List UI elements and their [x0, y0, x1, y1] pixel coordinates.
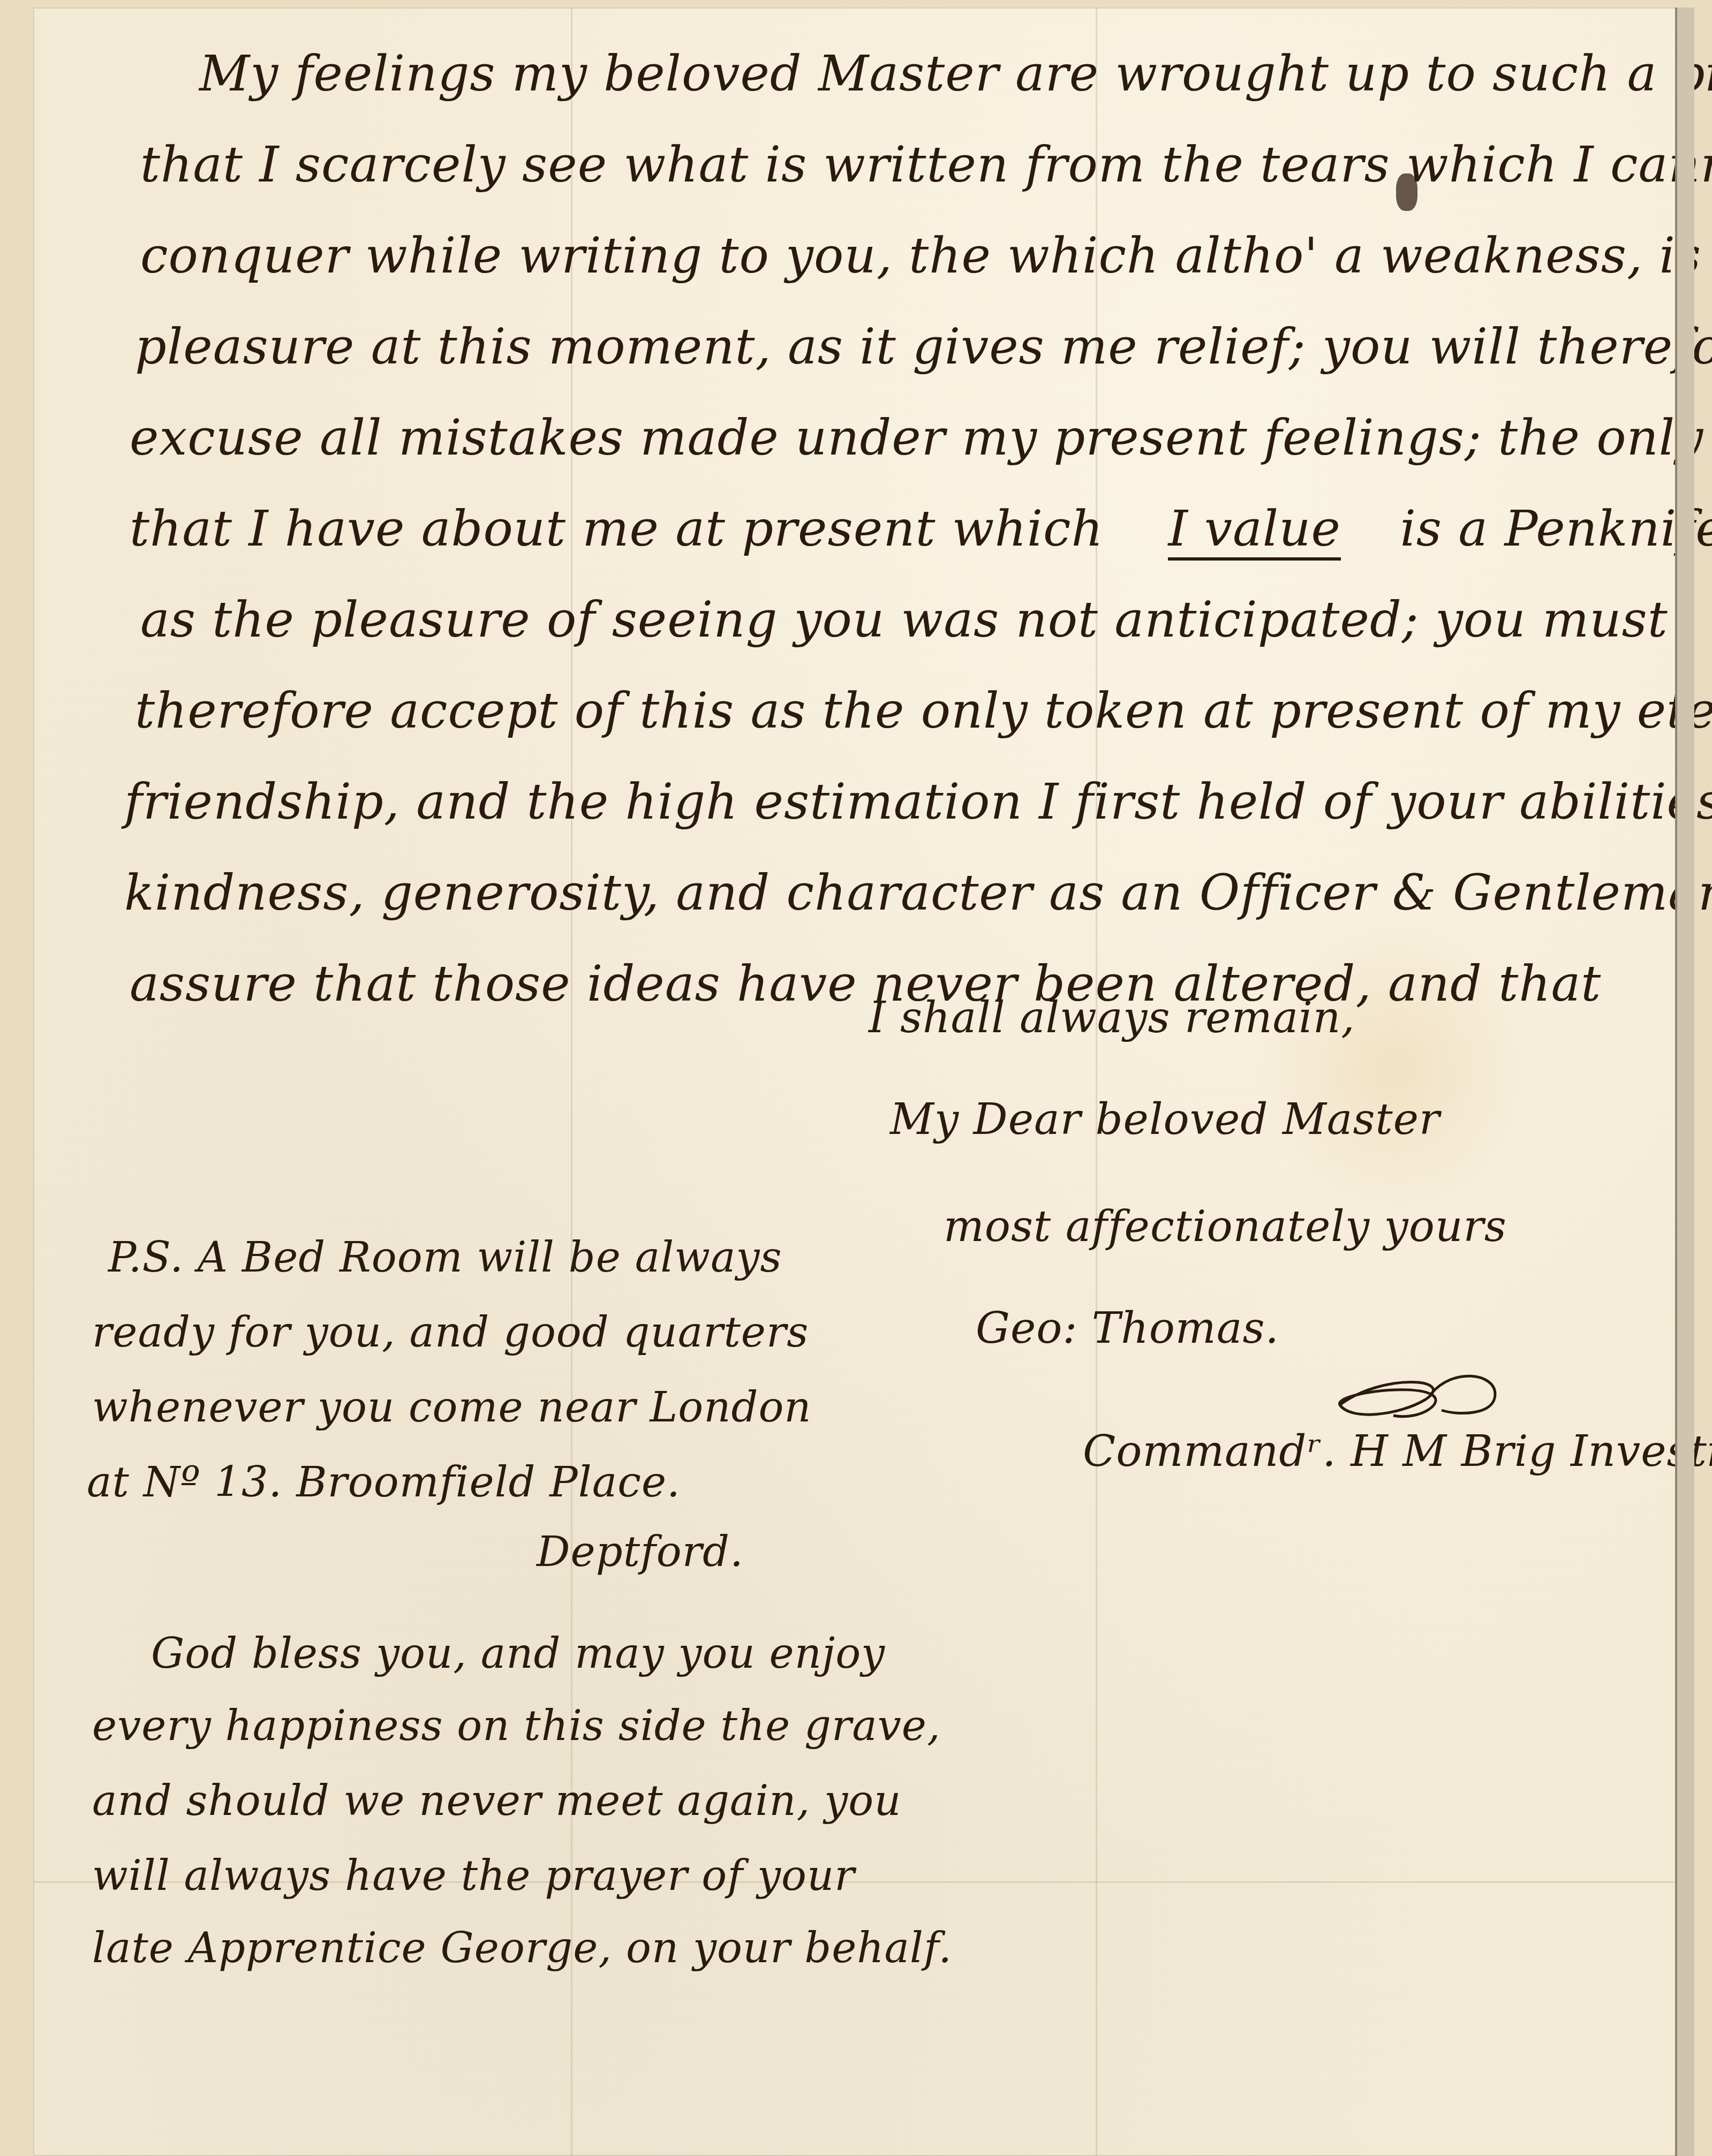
body-line: that I scarcely see what is written from… [140, 136, 1712, 193]
body-line: as the pleasure of seeing you was not an… [140, 591, 1668, 648]
closing-line: most affectionately yours [944, 1201, 1507, 1251]
body-line: friendship, and the high estimation I fi… [124, 773, 1712, 830]
blessing-line: and should we never meet again, you [92, 1777, 901, 1825]
signature-name: Geo: Thomas. [976, 1303, 1279, 1353]
underlined-text: I value [1168, 500, 1341, 561]
blessing-line: every happiness on this side the grave, [92, 1702, 941, 1750]
blessing-line: late Apprentice George, on your behalf. [92, 1924, 952, 1972]
body-line: therefore accept of this as the only tok… [135, 682, 1712, 739]
signature-flourish-icon [1318, 1362, 1543, 1432]
body-line: that I have about me at present which I … [130, 500, 1712, 557]
postscript-line: P.S. A Bed Room will be always [108, 1234, 782, 1282]
body-line: conquer while writing to you, the which … [140, 227, 1712, 284]
blessing-line: will always have the prayer of your [92, 1852, 855, 1900]
closing-line: I shall always remain, [869, 993, 1355, 1042]
signature-title: Commandʳ. H M Brig Investigator [1083, 1426, 1712, 1476]
closing-line: My Dear beloved Master [890, 1094, 1440, 1144]
letter-page: My feelings my beloved Master are wrough… [33, 7, 1694, 2156]
mount-frame-edge [1675, 7, 1694, 2156]
blessing-line: God bless you, and may you enjoy [151, 1630, 885, 1678]
body-line: kindness, generosity, and character as a… [124, 864, 1712, 921]
body-text: is a Penknife, [1400, 500, 1712, 557]
postscript-line: ready for you, and good quarters [92, 1308, 809, 1357]
postscript-line: whenever you come near London [92, 1383, 812, 1432]
body-line: pleasure at this moment, as it gives me … [135, 318, 1712, 375]
postscript-line: at Nº 13. Broomfield Place. [87, 1458, 681, 1507]
body-line: My feelings my beloved Master are wrough… [199, 45, 1712, 102]
postscript-place: Deptford. [537, 1528, 744, 1576]
body-line: assure that those ideas have never been … [130, 955, 1601, 1012]
body-text: that I have about me at present which [130, 500, 1104, 557]
body-line: excuse all mistakes made under my presen… [130, 409, 1712, 466]
